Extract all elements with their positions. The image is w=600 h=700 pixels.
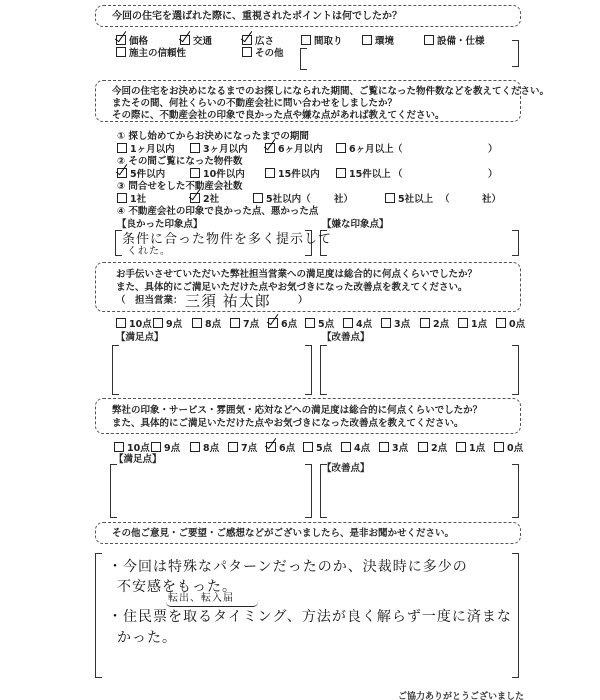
checkbox-icon[interactable]: [362, 35, 372, 45]
checkbox-icon[interactable]: [117, 168, 127, 178]
checkbox-icon[interactable]: [190, 168, 200, 178]
score-option[interactable]: 3点: [381, 316, 410, 330]
good-impression-answer-line-2[interactable]: くれた。: [127, 242, 171, 257]
score-option[interactable]: 2点: [420, 316, 449, 330]
q4-improve-answer[interactable]: [328, 468, 508, 512]
score-option[interactable]: 7点: [228, 440, 257, 454]
score-option[interactable]: 5点: [303, 440, 332, 454]
score-option[interactable]: 1点: [456, 440, 485, 454]
q3-satisfied-answer[interactable]: [120, 348, 300, 390]
checkbox-icon[interactable]: [343, 318, 353, 328]
q4-score-options: 10点9点8点7点6点5点4点3点2点1点0点: [114, 440, 534, 452]
q2-sub1-paren-close: ）: [488, 141, 498, 155]
q2-sub1-title: ① 探し始めてからお決めになったまでの期間: [117, 128, 309, 142]
checkbox-icon[interactable]: [424, 35, 434, 45]
q1-option-layout[interactable]: 間取り: [301, 33, 343, 47]
score-option[interactable]: 8点: [190, 440, 219, 454]
checkbox-icon[interactable]: [180, 35, 190, 45]
checkbox-icon[interactable]: [379, 442, 389, 452]
checkbox-icon[interactable]: [305, 318, 315, 328]
checkbox-icon[interactable]: [116, 318, 126, 328]
q3-question-line-2: また、具体的にご満足いただけた点やお気づきになった改善点を教えてください。: [116, 281, 468, 294]
q3-satisfied-label: 【満足点】: [116, 329, 164, 343]
checkbox-icon[interactable]: [116, 35, 126, 45]
q4-satisfied-label: 【満足点】: [114, 451, 162, 465]
q1-option-other[interactable]: その他: [242, 45, 284, 59]
q3-staff-label: （ 担当営業：: [116, 294, 183, 307]
bad-impression-bracket-right: [512, 230, 519, 256]
q5-answer-bracket-left: [95, 553, 102, 678]
q2-sub4-title: ④ 不動産会社の印象で良かった点、悪かった点: [117, 203, 318, 217]
checkbox-icon[interactable]: [242, 47, 252, 57]
checkbox-icon[interactable]: [418, 442, 428, 452]
q4-question-line-1: 弊社の印象・サービス・雰囲気・応対などへの満足度は総合的に何点くらいでしたか？: [112, 404, 482, 417]
checkbox-icon[interactable]: [420, 318, 430, 328]
checkbox-icon[interactable]: [153, 318, 163, 328]
q3-satisfied-bracket-left: [112, 345, 119, 395]
score-option[interactable]: 0点: [496, 316, 525, 330]
q2-sub3-unit-1: 社）: [334, 191, 353, 205]
checkbox-icon[interactable]: [117, 143, 127, 153]
checkbox-icon[interactable]: [301, 35, 311, 45]
q5-answer-bracket-right: [512, 553, 519, 678]
q2-sub3-paren-open-2: （: [440, 191, 450, 205]
q2-sub2-paren-open: （: [393, 166, 403, 180]
checkbox-icon[interactable]: [192, 318, 202, 328]
score-option[interactable]: 6点: [268, 316, 297, 330]
q3-satisfied-bracket-right: [305, 345, 312, 395]
score-option[interactable]: 5点: [305, 316, 334, 330]
checkbox-icon[interactable]: [116, 47, 126, 57]
q5-answer-line-4[interactable]: かった。: [117, 627, 177, 647]
q3-question-line-1: お手伝いさせていただいた弊社担当営業への満足度は総合的に何点くらいでしたか？: [116, 268, 477, 281]
q2-question-line-3: その際に、不動産会社の印象で良かった点や嫌な点があれば教えてください。: [112, 109, 445, 122]
q2-sub3-title: ③ 問合せをした不動産会社数: [117, 178, 242, 192]
q3-improve-bracket-left: [320, 345, 327, 395]
q3-staff-close: ）: [298, 294, 308, 307]
checkbox-icon[interactable]: [385, 193, 395, 203]
q5-question: その他ご意見・ご要望・ご感想などがございましたら、是非お聞かせください。: [112, 527, 454, 540]
checkbox-icon[interactable]: [190, 442, 200, 452]
q1-other-bracket-right: [512, 40, 519, 67]
score-option[interactable]: 7点: [230, 316, 259, 330]
q1-option-equipment[interactable]: 設備・仕様: [424, 33, 485, 47]
checkbox-icon[interactable]: [265, 168, 275, 178]
q2-sub3-option-5-plus[interactable]: 5社以上: [385, 191, 433, 205]
q3-improve-bracket-right: [512, 345, 519, 395]
checkbox-icon[interactable]: [494, 442, 504, 452]
q2-sub1-paren-open: （: [393, 141, 403, 155]
good-impression-bracket-left: [115, 230, 122, 256]
q4-improve-bracket-right: [512, 464, 519, 518]
q3-staff-name[interactable]: 三須 祐太郎: [185, 290, 271, 311]
checkbox-icon[interactable]: [266, 442, 276, 452]
q3-improve-label: 【改善点】: [322, 329, 370, 343]
checkbox-icon[interactable]: [341, 442, 351, 452]
checkbox-icon[interactable]: [230, 318, 240, 328]
score-option[interactable]: 9点: [153, 316, 182, 330]
q4-question-line-2: また、具体的にご満足いただけた点やお気づきになった改善点を教えてください。: [112, 417, 464, 430]
checkbox-icon[interactable]: [117, 193, 127, 203]
q5-answer-line-1[interactable]: ・今回は特殊なパターンだったのか、決裁時に多少の: [108, 556, 468, 576]
q1-other-bracket-left: [300, 48, 307, 70]
q5-answer-line-3[interactable]: ・住民票を取るタイミング、方法が良く解らず一度に済まな: [108, 606, 512, 626]
checkbox-icon[interactable]: [456, 442, 466, 452]
score-option[interactable]: 1点: [458, 316, 487, 330]
score-option[interactable]: 0点: [494, 440, 523, 454]
q3-improve-answer[interactable]: [328, 348, 508, 390]
q1-other-input[interactable]: [310, 48, 510, 66]
score-option[interactable]: 4点: [341, 440, 370, 454]
q1-question: 今回の住宅を選ばれた際に、重視されたポイントは何でしたか？: [112, 10, 402, 23]
checkbox-icon[interactable]: [336, 168, 346, 178]
score-option[interactable]: 10点: [116, 316, 152, 330]
checkbox-icon[interactable]: [496, 318, 506, 328]
checkbox-icon[interactable]: [458, 318, 468, 328]
checkbox-icon[interactable]: [336, 143, 346, 153]
score-option[interactable]: 3点: [379, 440, 408, 454]
footer-thanks: ご協力ありがとうございました: [398, 689, 524, 700]
score-option[interactable]: 4点: [343, 316, 372, 330]
score-option[interactable]: 6点: [266, 440, 295, 454]
checkbox-icon[interactable]: [190, 193, 200, 203]
score-option[interactable]: 2点: [418, 440, 447, 454]
q1-option-builder-trust[interactable]: 施主の信頼性: [116, 45, 186, 59]
q2-sub1-option-6m[interactable]: 6ヶ月以内: [265, 141, 323, 155]
checkbox-icon[interactable]: [253, 193, 263, 203]
q3-score-options: 10点9点8点7点6点5点4点3点2点1点0点: [116, 316, 536, 328]
q4-improve-bracket-left: [320, 464, 327, 518]
checkbox-icon[interactable]: [242, 35, 252, 45]
score-option[interactable]: 8点: [192, 316, 221, 330]
q2-sub2-option-15[interactable]: 15件以内: [265, 166, 320, 180]
q4-satisfied-bracket-left: [110, 464, 117, 518]
q2-sub2-title: ② その間ご覧になった物件数: [117, 153, 242, 167]
q4-satisfied-bracket-right: [305, 464, 312, 518]
q1-option-environment[interactable]: 環境: [362, 33, 394, 47]
q2-sub2-paren-close: ）: [488, 166, 498, 180]
checkbox-icon[interactable]: [381, 318, 391, 328]
checkbox-icon[interactable]: [190, 143, 200, 153]
bad-impression-answer[interactable]: [328, 232, 508, 252]
checkbox-icon[interactable]: [228, 442, 238, 452]
checkbox-icon[interactable]: [303, 442, 313, 452]
checkbox-icon[interactable]: [268, 318, 278, 328]
q2-sub1-option-6m-plus[interactable]: 6ヶ月以上: [336, 141, 394, 155]
checkbox-icon[interactable]: [265, 143, 275, 153]
q2-sub3-unit-2: 社）: [482, 191, 501, 205]
q4-satisfied-answer[interactable]: [118, 468, 298, 512]
q2-sub2-option-15-plus[interactable]: 15件以上: [336, 166, 391, 180]
